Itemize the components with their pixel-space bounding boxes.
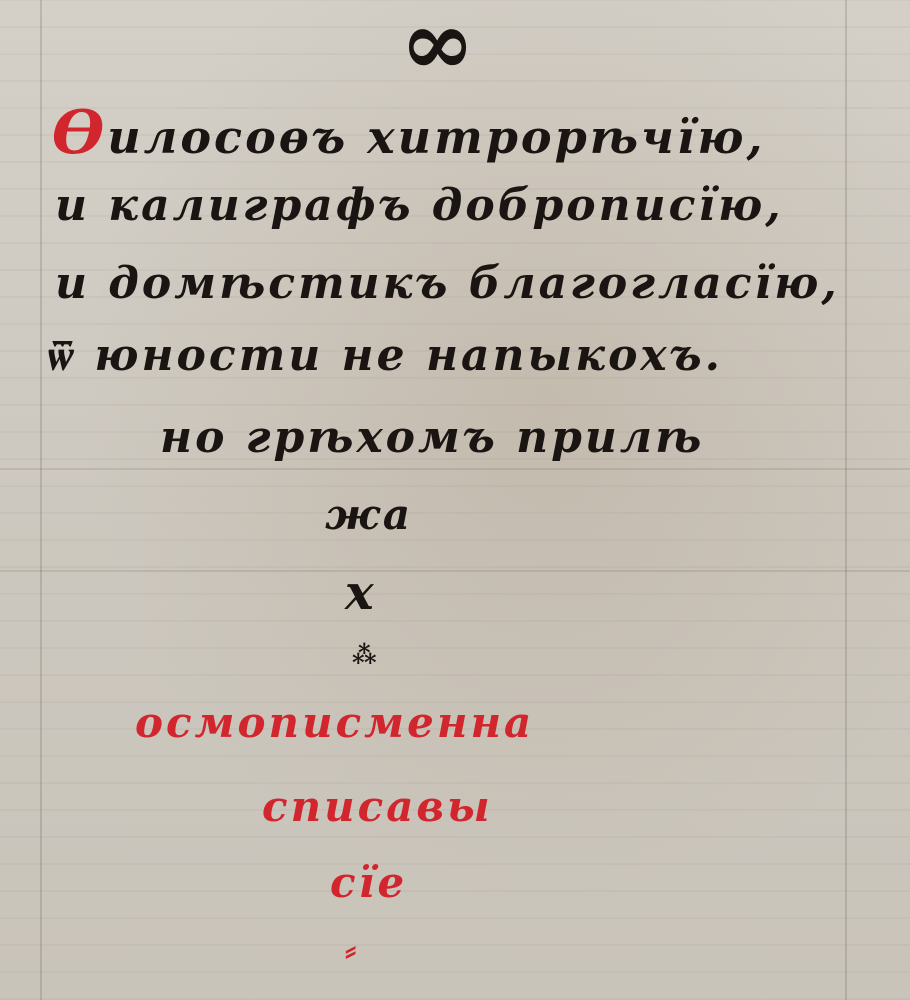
section-mark-icon: ⁂	[352, 640, 377, 669]
text-line-3: и домѣстикъ благогласїю,	[55, 258, 840, 309]
ruling-line	[845, 0, 847, 1000]
text-line-1: Ѳилосоѳъ хитрорѣчїю,	[52, 98, 766, 168]
rubric-line-3: сїе	[330, 858, 407, 907]
text-line-2: и калиграфъ доброписїю,	[55, 180, 784, 231]
text-line-6: жа	[325, 490, 413, 539]
rubric-line-1: осмописменна	[135, 698, 534, 747]
text-line-7: х	[345, 565, 377, 621]
red-initial: Ѳ	[52, 98, 107, 168]
text-line-5: но грѣхомъ прилѣ	[160, 412, 704, 463]
ruling-line	[40, 0, 42, 1000]
text-line-4: ѿ юности не напыкохъ.	[48, 330, 723, 381]
header-ornament-icon: ∞	[400, 0, 475, 96]
rubric-line-2: списавы	[262, 782, 493, 831]
manuscript-page: ∞ Ѳилосоѳъ хитрорѣчїю, и калиграфъ добро…	[0, 0, 910, 1000]
ruling-line	[0, 570, 910, 572]
end-mark-icon: ⸗	[345, 930, 356, 970]
ruling-line	[0, 468, 910, 470]
